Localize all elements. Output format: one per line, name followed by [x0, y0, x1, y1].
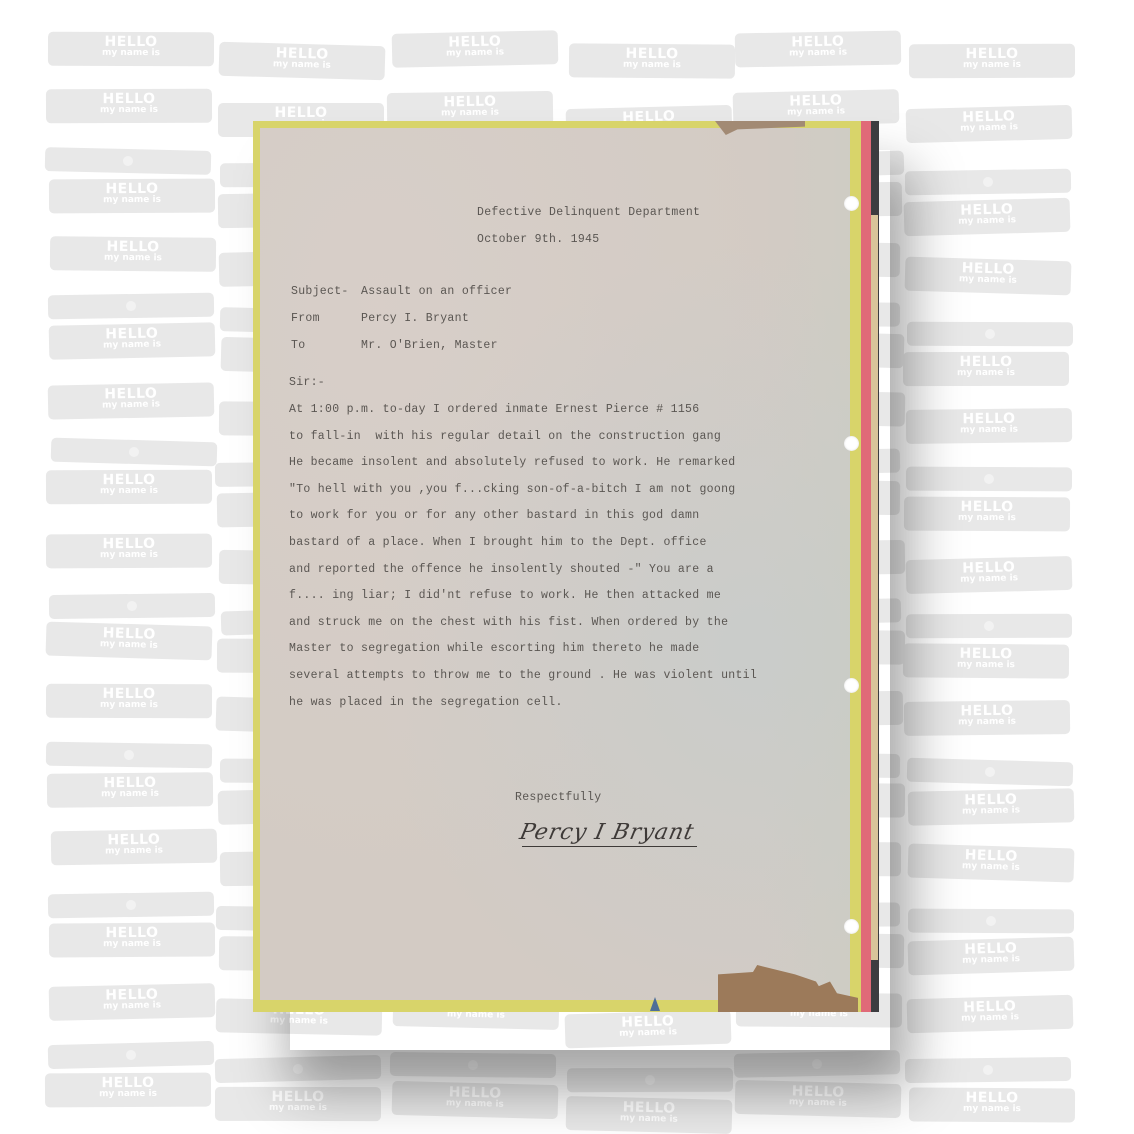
name-tag-sticker: HELLOmy name is — [49, 322, 216, 359]
name-tag-sticker: HELLOmy name is — [47, 772, 213, 808]
name-tag-sticker — [907, 758, 1074, 787]
letter-date: October 9th. 1945 — [477, 233, 599, 246]
name-tag-sticker: HELLOmy name is — [46, 534, 212, 569]
paper-discoloration — [762, 128, 850, 1000]
sticker-logo-icon — [468, 1060, 478, 1070]
sticker-subheading: my name is — [48, 49, 214, 59]
punch-hole — [844, 436, 859, 451]
body-line: f.... ing liar; I did'nt refuse to work.… — [289, 589, 721, 602]
name-tag-sticker — [45, 147, 212, 175]
sticker-logo-icon — [126, 301, 136, 311]
sticker-subheading: my name is — [735, 48, 901, 60]
body-line: At 1:00 p.m. to-day I ordered inmate Ern… — [289, 403, 699, 416]
name-tag-sticker: HELLOmy name is — [46, 622, 213, 661]
sticker-subheading: my name is — [387, 108, 553, 119]
name-tag-sticker: HELLOmy name is — [905, 257, 1072, 296]
to-label: To — [291, 339, 305, 352]
sticker-subheading: my name is — [46, 701, 212, 710]
sticker-logo-icon — [811, 1059, 821, 1069]
sticker-subheading: my name is — [903, 660, 1069, 670]
name-tag-sticker — [906, 467, 1072, 492]
body-line: bastard of a place. When I brought him t… — [289, 536, 707, 549]
signature-underline — [522, 846, 697, 847]
name-tag-sticker — [907, 909, 1073, 934]
name-tag-sticker: HELLOmy name is — [48, 32, 214, 67]
department-heading: Defective Delinquent Department — [477, 206, 700, 219]
sticker-subheading: my name is — [50, 253, 216, 264]
sticker-logo-icon — [645, 1075, 655, 1085]
name-tag-sticker: HELLOmy name is — [46, 470, 212, 505]
sticker-subheading: my name is — [49, 940, 215, 950]
name-tag-sticker: HELLOmy name is — [904, 198, 1071, 237]
sticker-logo-icon — [984, 474, 994, 484]
sticker-subheading: my name is — [569, 60, 735, 70]
name-tag-sticker: HELLOmy name is — [566, 1096, 733, 1134]
name-tag-sticker — [50, 438, 217, 467]
name-tag-sticker — [46, 742, 212, 769]
sticker-logo-icon — [127, 601, 137, 611]
name-tag-sticker: HELLOmy name is — [908, 937, 1075, 976]
sticker-logo-icon — [985, 329, 995, 339]
closing: Respectfully — [515, 791, 601, 804]
name-tag-sticker — [733, 1050, 899, 1078]
sticker-subheading: my name is — [47, 789, 213, 800]
sticker-subheading: my name is — [909, 1105, 1075, 1115]
name-tag-sticker: HELLOmy name is — [49, 923, 215, 958]
sticker-subheading: my name is — [45, 1090, 211, 1100]
from-label: From — [291, 312, 320, 325]
name-tag-sticker: HELLOmy name is — [215, 1087, 381, 1121]
name-tag-sticker: HELLOmy name is — [735, 1080, 902, 1118]
sticker-logo-icon — [123, 156, 133, 166]
sticker-subheading: my name is — [904, 514, 1070, 524]
name-tag-sticker: HELLOmy name is — [908, 844, 1075, 883]
sticker-subheading: my name is — [49, 196, 215, 206]
name-tag-sticker: HELLOmy name is — [735, 31, 902, 68]
body-line: Master to segregation while escorting hi… — [289, 642, 699, 655]
name-tag-sticker: HELLOmy name is — [50, 829, 217, 866]
body-line: He became insolent and absolutely refuse… — [289, 456, 735, 469]
name-tag-sticker: HELLOmy name is — [909, 1088, 1075, 1123]
body-line: "To hell with you ,you f...cking son-of-… — [289, 483, 735, 496]
sticker-subheading: my name is — [909, 61, 1075, 71]
sticker-subheading: my name is — [903, 369, 1069, 378]
body-line: several attempts to throw me to the grou… — [289, 669, 757, 682]
name-tag-sticker — [906, 614, 1072, 638]
salutation: Sir:- — [289, 376, 325, 389]
signature: Percy I Bryant — [517, 820, 696, 845]
name-tag-sticker: HELLOmy name is — [904, 497, 1070, 532]
name-tag-sticker — [905, 169, 1071, 196]
name-tag-sticker: HELLOmy name is — [46, 89, 212, 124]
name-tag-sticker: HELLOmy name is — [903, 700, 1069, 736]
subject-value: Assault on an officer — [361, 285, 512, 298]
body-line: and reported the offence he insolently s… — [289, 563, 714, 576]
sticker-logo-icon — [124, 750, 134, 760]
sticker-subheading: my name is — [46, 106, 212, 116]
sticker-subheading: my name is — [46, 551, 212, 561]
sticker-logo-icon — [293, 1064, 303, 1074]
name-tag-sticker: HELLOmy name is — [49, 983, 216, 1021]
name-tag-sticker: HELLOmy name is — [46, 684, 212, 718]
name-tag-sticker: HELLOmy name is — [391, 1081, 558, 1119]
from-value: Percy I. Bryant — [361, 312, 469, 325]
sticker-subheading: my name is — [908, 805, 1074, 817]
sticker-logo-icon — [983, 177, 993, 187]
name-tag-sticker: HELLOmy name is — [569, 43, 735, 78]
name-tag-sticker — [47, 1041, 214, 1069]
sticker-subheading: my name is — [51, 846, 217, 858]
name-tag-sticker: HELLOmy name is — [903, 643, 1069, 678]
punch-hole — [844, 919, 859, 934]
name-tag-sticker: HELLOmy name is — [392, 30, 559, 68]
sticker-logo-icon — [984, 621, 994, 631]
name-tag-sticker: HELLOmy name is — [906, 995, 1073, 1033]
name-tag-sticker: HELLOmy name is — [908, 44, 1074, 79]
name-tag-sticker: HELLOmy name is — [908, 788, 1075, 825]
sticker-subheading: my name is — [904, 717, 1070, 728]
name-tag-sticker: HELLOmy name is — [905, 105, 1072, 143]
sticker-logo-icon — [128, 447, 138, 457]
name-tag-sticker — [215, 1055, 382, 1083]
tan-page-edge — [871, 215, 878, 960]
name-tag-sticker — [48, 293, 214, 320]
body-line: to fall-in with his regular detail on th… — [289, 430, 721, 443]
sticker-logo-icon — [983, 1065, 993, 1075]
name-tag-sticker — [49, 593, 215, 619]
sticker-subheading: my name is — [215, 1104, 381, 1113]
sticker-logo-icon — [126, 900, 136, 910]
sticker-logo-icon — [985, 767, 995, 777]
name-tag-sticker: HELLOmy name is — [50, 236, 216, 272]
name-tag-sticker — [905, 1057, 1071, 1083]
sticker-logo-icon — [126, 1050, 136, 1060]
to-value: Mr. O'Brien, Master — [361, 339, 498, 352]
name-tag-sticker: HELLOmy name is — [906, 556, 1073, 594]
name-tag-sticker — [907, 322, 1073, 346]
name-tag-sticker: HELLOmy name is — [45, 1073, 211, 1108]
name-tag-sticker: HELLOmy name is — [903, 352, 1069, 386]
name-tag-sticker — [390, 1052, 556, 1078]
body-line: he was placed in the segregation cell. — [289, 696, 563, 709]
sticker-subheading: my name is — [48, 399, 214, 411]
sticker-subheading: my name is — [906, 425, 1072, 436]
body-line: and struck me on the chest with his fist… — [289, 616, 728, 629]
name-tag-sticker — [567, 1068, 733, 1092]
name-tag-sticker: HELLOmy name is — [48, 179, 214, 214]
sticker-heading: HELLO — [218, 106, 384, 120]
sticker-subheading: my name is — [46, 487, 212, 497]
name-tag-sticker: HELLOmy name is — [48, 382, 215, 419]
name-tag-sticker — [48, 892, 214, 919]
punch-hole — [844, 196, 859, 211]
punch-hole — [844, 678, 859, 693]
subject-label: Subject- — [291, 285, 349, 298]
sticker-logo-icon — [985, 916, 995, 926]
name-tag-sticker: HELLOmy name is — [218, 42, 385, 81]
name-tag-sticker: HELLOmy name is — [906, 408, 1072, 444]
product-image: HELLOmy name isHELLOmy name isHELLOmy na… — [0, 0, 1134, 1134]
body-line: to work for you or for any other bastard… — [289, 509, 699, 522]
